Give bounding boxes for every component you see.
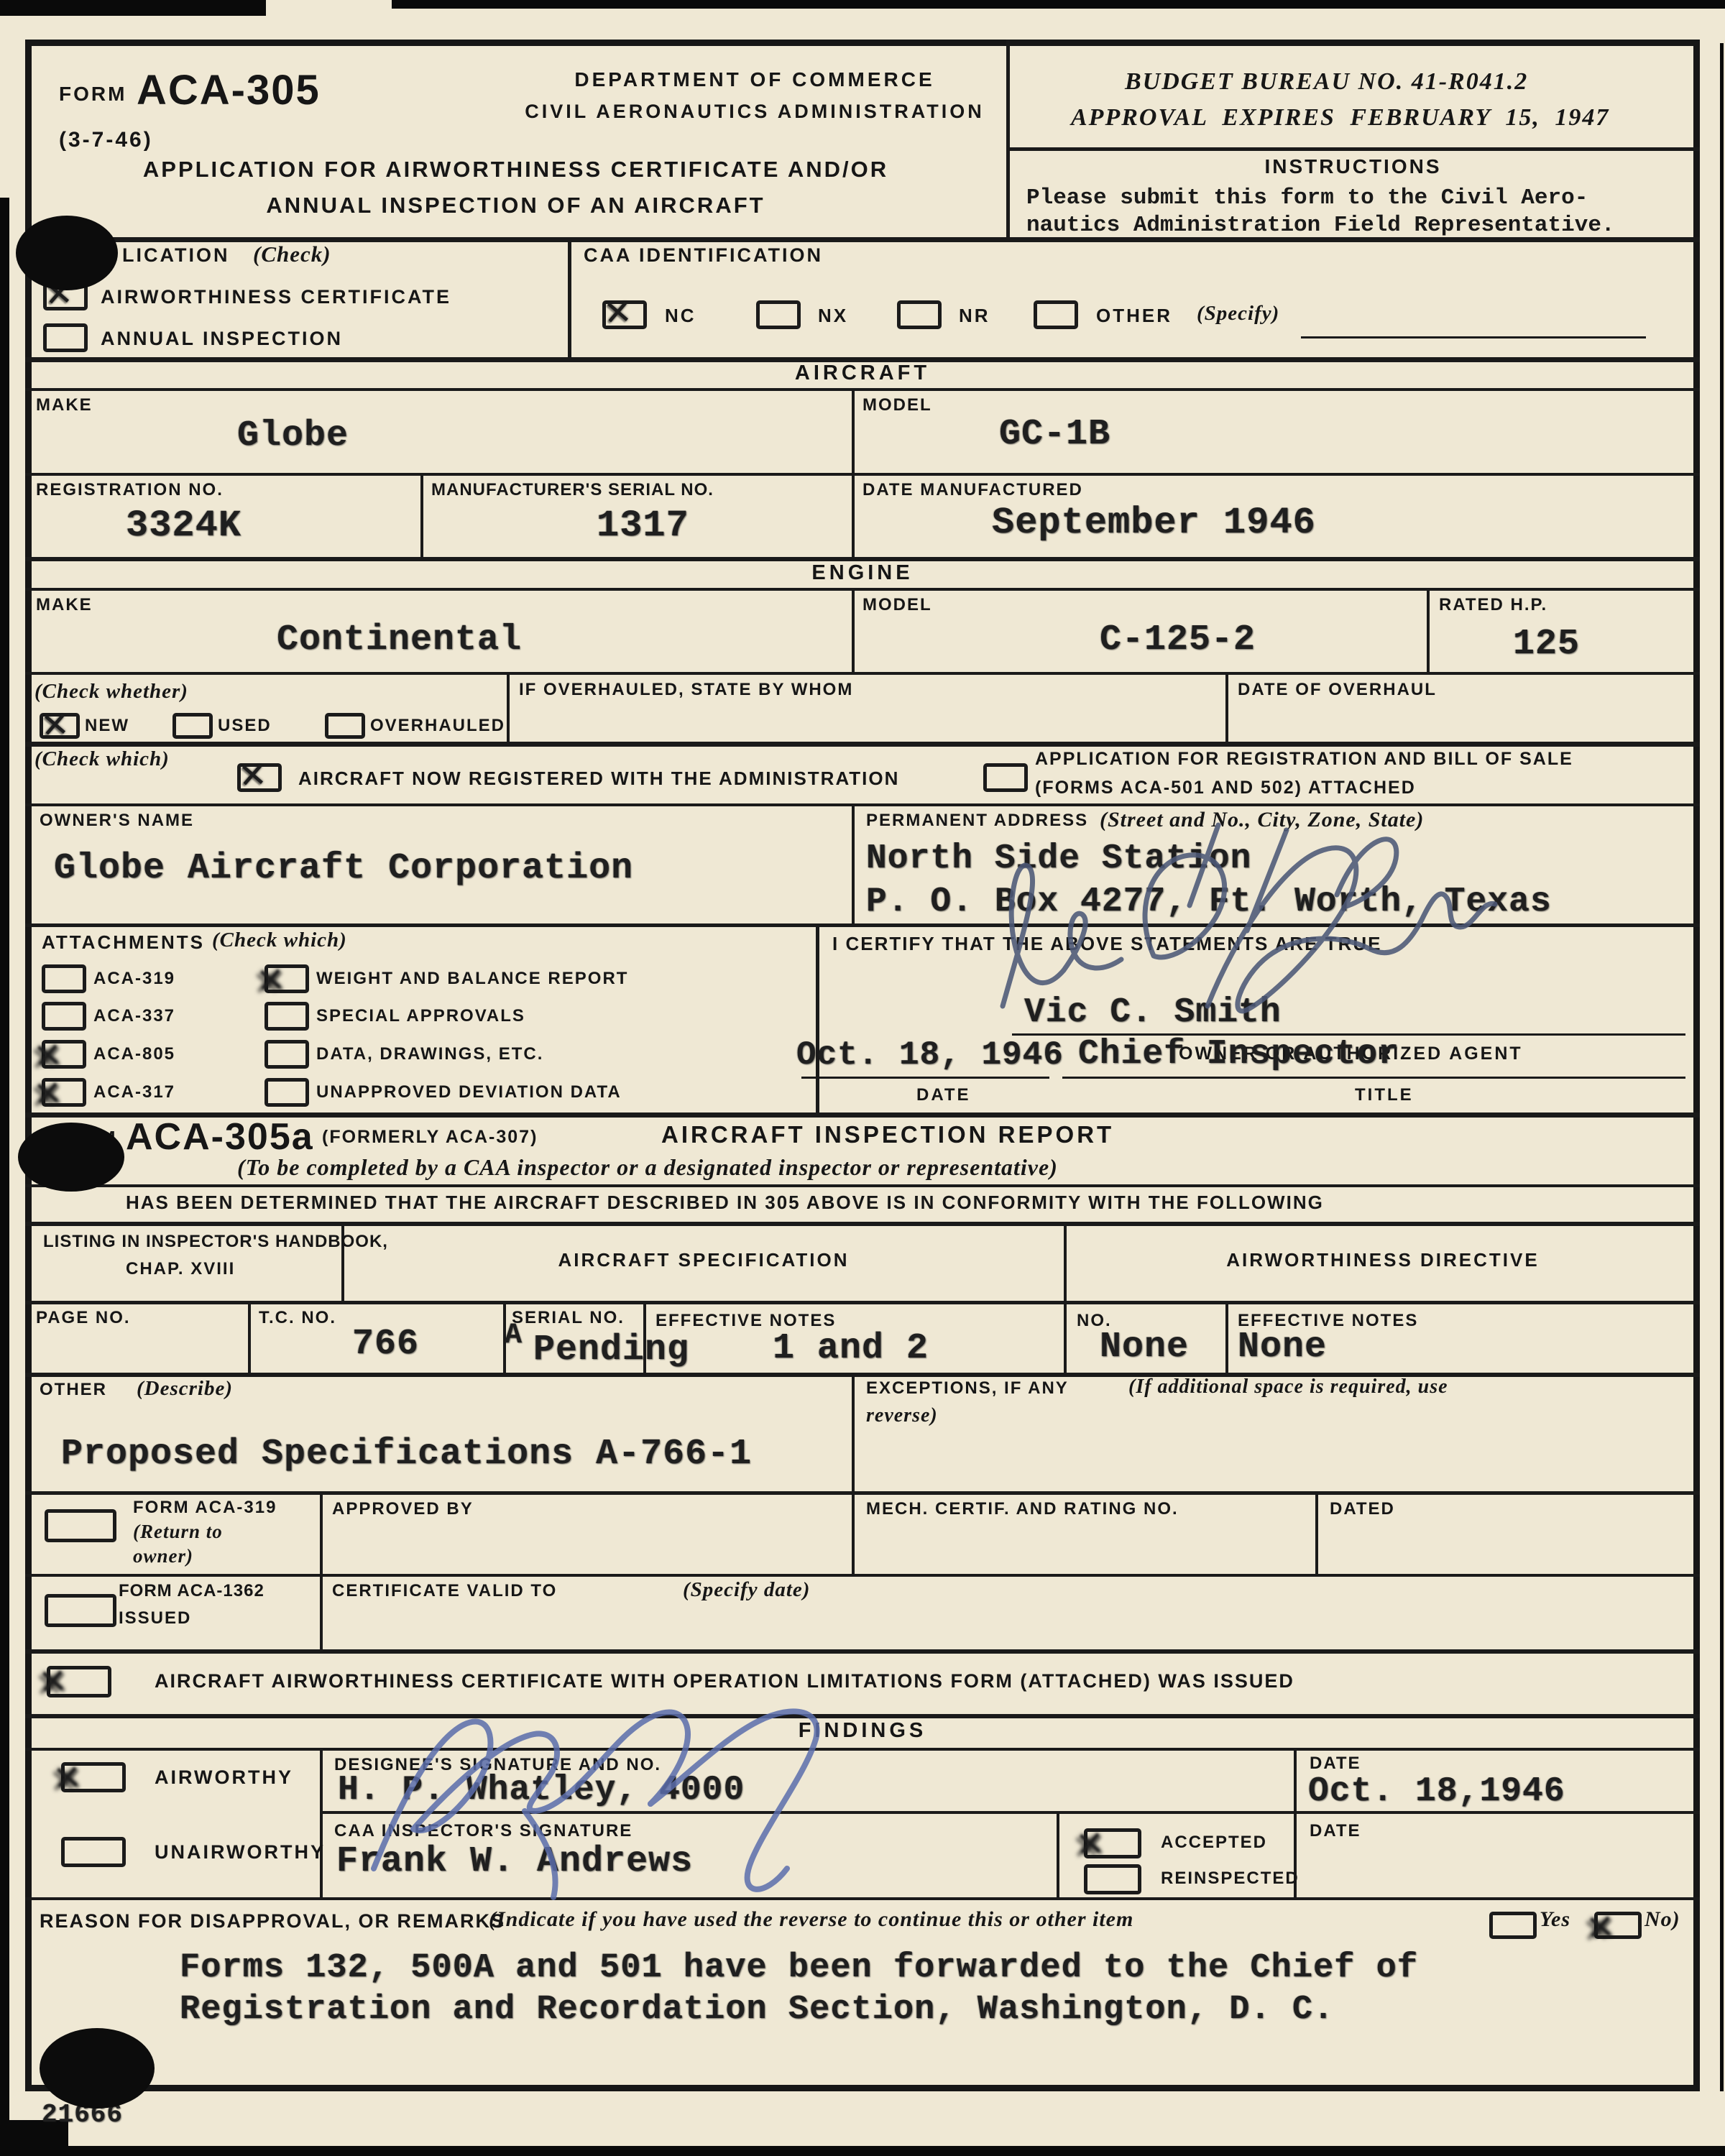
aca-319-row-line1: FORM ACA-319: [133, 1498, 277, 1518]
report-title: AIRCRAFT INSPECTION REPORT: [661, 1121, 1114, 1148]
checkbox-aca-805[interactable]: [42, 1040, 86, 1069]
aca-319-label: ACA-319: [93, 969, 175, 989]
rated-hp-label: RATED H.P.: [1439, 595, 1547, 615]
certificate-valid-label: CERTIFICATE VALID TO: [332, 1581, 557, 1601]
budget-bureau-line2: APPROVAL EXPIRES FEBRUARY 15, 1947: [1071, 104, 1609, 132]
special-approvals-label: SPECIAL APPROVALS: [316, 1006, 525, 1026]
reason-no-label: No): [1644, 1907, 1680, 1932]
date-manufactured-label: DATE MANUFACTURED: [862, 480, 1083, 500]
exceptions-detail: (If additional space is required, use: [1128, 1376, 1448, 1399]
findings-date-label: DATE: [1310, 1754, 1361, 1774]
effective-notes-value[interactable]: 1 and 2: [773, 1328, 929, 1369]
checkbox-aca-337[interactable]: [42, 1002, 86, 1031]
exceptions-label: EXCEPTIONS, IF ANY: [866, 1378, 1069, 1399]
checkbox-accepted[interactable]: [1084, 1828, 1141, 1858]
mfr-serial-value[interactable]: 1317: [597, 505, 689, 547]
scan-edge-left: [0, 198, 9, 2149]
form-label: FORM: [59, 83, 126, 106]
checkbox-engine-used[interactable]: [172, 713, 213, 739]
budget-bureau-line1: BUDGET BUREAU NO. 41-R041.2: [1125, 68, 1528, 96]
other-describe-label: OTHER: [40, 1380, 107, 1400]
application-label-check: (Check): [253, 241, 331, 267]
checkbox-unairworthy[interactable]: [61, 1837, 126, 1867]
determination-text: HAS BEEN DETERMINED THAT THE AIRCRAFT DE…: [126, 1192, 1324, 1214]
aircraft-section-title: AIRCRAFT: [25, 361, 1700, 385]
serial-value[interactable]: Pending: [533, 1330, 689, 1370]
aca-805-label: ACA-805: [93, 1044, 175, 1064]
reason-detail: (Indicate if you have used the reverse t…: [489, 1907, 1133, 1932]
checkbox-nx[interactable]: [756, 300, 801, 329]
aca-319-row-line2: (Return to: [133, 1521, 223, 1543]
listing-label-line2: CHAP. XVIII: [126, 1259, 235, 1279]
nr-label: NR: [959, 305, 990, 327]
checkbox-form-aca-1362[interactable]: [45, 1594, 116, 1627]
tc-no-value[interactable]: 766: [352, 1324, 419, 1365]
report-subtitle: (To be completed by a CAA inspector or a…: [237, 1154, 1058, 1181]
aca-319-row-line3: owner): [133, 1545, 193, 1567]
directive-header: AIRWORTHINESS DIRECTIVE: [1067, 1249, 1699, 1271]
punch-hole-bottom: [40, 2028, 155, 2109]
checkbox-other[interactable]: [1034, 300, 1078, 329]
checkbox-engine-new[interactable]: [40, 713, 80, 739]
airworthiness-certificate-label: AIRWORTHINESS CERTIFICATE: [101, 286, 451, 308]
other-specify-line[interactable]: [1301, 336, 1646, 338]
signature-h-p-whatley: [309, 1674, 884, 1912]
aca-337-label: ACA-337: [93, 1006, 175, 1026]
directive-notes-value[interactable]: None: [1238, 1327, 1327, 1368]
aca-1362-line1: FORM ACA-1362: [119, 1581, 264, 1601]
signature-vic-c-smith: [827, 791, 1545, 1064]
form-title-line1: APPLICATION FOR AIRWORTHINESS CERTIFICAT…: [25, 157, 1006, 183]
certificate-valid-detail: (Specify date): [683, 1578, 810, 1602]
checkbox-engine-overhauled[interactable]: [325, 713, 365, 739]
engine-new-label: NEW: [85, 716, 129, 736]
unairworthy-label: UNAIRWORTHY: [155, 1841, 326, 1864]
check-whether-label: (Check whether): [34, 680, 188, 704]
engine-model-value[interactable]: C-125-2: [1100, 619, 1256, 660]
instructions-line2: nautics Administration Field Representat…: [1026, 213, 1615, 238]
directive-no-value[interactable]: None: [1100, 1327, 1189, 1368]
attachments-label: ATTACHMENTS: [42, 931, 205, 954]
checkbox-reason-no[interactable]: [1594, 1912, 1642, 1939]
tc-no-label: T.C. NO.: [259, 1308, 336, 1328]
other-value[interactable]: Proposed Specifications A-766-1: [61, 1434, 752, 1475]
weight-balance-label: WEIGHT AND BALANCE REPORT: [316, 969, 628, 989]
punch-hole-top: [16, 216, 118, 290]
punch-hole-middle: [18, 1123, 124, 1192]
scan-edge-right: [1720, 43, 1724, 2091]
remarks-line2[interactable]: Registration and Recordation Section, Wa…: [180, 1991, 1334, 2029]
checkbox-form-aca-319[interactable]: [45, 1509, 116, 1542]
data-drawings-label: DATA, DRAWINGS, ETC.: [316, 1044, 543, 1064]
aca-317-label: ACA-317: [93, 1082, 175, 1102]
aircraft-model-value[interactable]: GC-1B: [999, 414, 1110, 455]
listing-label-line1: LISTING IN INSPECTOR'S HANDBOOK,: [43, 1232, 388, 1252]
scan-edge-top-left: [0, 0, 266, 16]
engine-section-title: ENGINE: [25, 561, 1700, 585]
dated-label: DATED: [1330, 1499, 1395, 1519]
mech-certif-label: MECH. CERTIF. AND RATING NO.: [866, 1499, 1179, 1519]
accepted-label: ACCEPTED: [1161, 1833, 1267, 1853]
agency-line1: DEPARTMENT OF COMMERCE: [503, 68, 1006, 91]
checkbox-application-bill-of-sale[interactable]: [983, 763, 1028, 792]
form-number: ACA-305: [137, 66, 321, 114]
serial-prefix[interactable]: A: [505, 1319, 523, 1352]
rated-hp-value[interactable]: 125: [1513, 624, 1580, 665]
aircraft-make-label: MAKE: [36, 395, 93, 415]
checkbox-annual-inspection[interactable]: [43, 323, 88, 352]
report-formerly: (FORMERLY ACA-307): [322, 1127, 538, 1148]
checkbox-certificate-issued[interactable]: [47, 1666, 111, 1697]
checkbox-weight-balance[interactable]: [264, 964, 309, 993]
checkbox-special-approvals[interactable]: [264, 1002, 309, 1031]
unapproved-deviation-label: UNAPPROVED DEVIATION DATA: [316, 1082, 622, 1102]
findings-date2-label: DATE: [1310, 1821, 1361, 1841]
reason-label: REASON FOR DISAPPROVAL, OR REMARKS: [40, 1910, 505, 1932]
checkbox-aca-317[interactable]: [42, 1078, 86, 1107]
exceptions-detail2: reverse): [866, 1404, 938, 1427]
aircraft-make-value[interactable]: Globe: [237, 415, 349, 456]
reason-yes-label: Yes: [1540, 1907, 1570, 1932]
check-which-label: (Check which): [34, 747, 170, 771]
certify-title-label: TITLE: [1355, 1085, 1414, 1105]
spec-header: AIRCRAFT SPECIFICATION: [344, 1249, 1063, 1271]
overhaul-date-label: DATE OF OVERHAUL: [1238, 680, 1437, 700]
findings-date-value[interactable]: Oct. 18,1946: [1308, 1772, 1565, 1811]
aircraft-model-label: MODEL: [862, 395, 932, 415]
application-label: LICATION: [122, 244, 229, 267]
serial-no-label: SERIAL NO.: [512, 1308, 625, 1328]
checkbox-registered[interactable]: [237, 763, 282, 792]
engine-overhauled-label: OVERHAULED: [370, 716, 505, 736]
page-no-label: PAGE NO.: [36, 1308, 131, 1328]
other-describe-detail: (Describe): [137, 1377, 233, 1401]
scan-edge-top-right: [392, 0, 1725, 9]
form-title-line2: ANNUAL INSPECTION OF AN AIRCRAFT: [25, 193, 1006, 218]
agency-line2: CIVIL AERONAUTICS ADMINISTRATION: [503, 101, 1006, 123]
checkbox-aca-319[interactable]: [42, 964, 86, 993]
remarks-line1[interactable]: Forms 132, 500A and 501 have been forwar…: [180, 1949, 1418, 1987]
engine-make-label: MAKE: [36, 595, 93, 615]
reinspected-label: REINSPECTED: [1161, 1869, 1299, 1889]
application-bill-line1: APPLICATION FOR REGISTRATION AND BILL OF…: [1035, 749, 1573, 770]
other-specify-label: (Specify): [1197, 302, 1279, 326]
approved-by-label: APPROVED BY: [332, 1499, 474, 1519]
aca-1362-line2: ISSUED: [119, 1608, 191, 1628]
instructions-line1: Please submit this form to the Civil Aer…: [1026, 185, 1588, 211]
registration-label: REGISTRATION NO.: [36, 480, 224, 500]
checkbox-unapproved-deviation[interactable]: [264, 1078, 309, 1107]
mfr-serial-label: MANUFACTURER'S SERIAL NO.: [431, 480, 714, 500]
checkbox-reason-yes[interactable]: [1489, 1912, 1537, 1939]
registered-label: AIRCRAFT NOW REGISTERED WITH THE ADMINIS…: [298, 768, 899, 790]
annual-inspection-label: ANNUAL INSPECTION: [101, 328, 343, 350]
checkbox-data-drawings[interactable]: [264, 1040, 309, 1069]
scan-edge-bottom: [0, 2146, 1725, 2156]
engine-make-value[interactable]: Continental: [277, 619, 522, 660]
scanned-form-aca-305: FORM ACA-305 (3-7-46) DEPARTMENT OF COMM…: [0, 0, 1725, 2156]
form-revision: (3-7-46): [59, 128, 153, 152]
nx-label: NX: [818, 305, 848, 327]
checkbox-nr[interactable]: [897, 300, 942, 329]
engine-used-label: USED: [218, 716, 272, 736]
owner-name-value[interactable]: Globe Aircraft Corporation: [54, 848, 633, 889]
attachments-detail: (Check which): [212, 929, 347, 952]
certify-title-line[interactable]: [1062, 1077, 1685, 1079]
date-manufactured-value[interactable]: September 1946: [992, 502, 1316, 544]
certify-date-label: DATE: [916, 1085, 971, 1105]
caa-identification-label: CAA IDENTIFICATION: [584, 244, 823, 267]
report-form-number: ACA-305a: [126, 1115, 314, 1158]
overhauled-by-label: IF OVERHAULED, STATE BY WHOM: [519, 680, 853, 700]
certify-date-line[interactable]: [801, 1077, 1049, 1079]
instructions-title: INSTRUCTIONS: [1006, 155, 1700, 178]
checkbox-nc[interactable]: [602, 300, 647, 329]
checkbox-reinspected[interactable]: [1084, 1864, 1141, 1894]
checkbox-airworthy[interactable]: [61, 1762, 126, 1792]
owner-name-label: OWNER'S NAME: [40, 811, 194, 831]
other-label: OTHER: [1096, 305, 1172, 327]
airworthy-label: AIRWORTHY: [155, 1766, 293, 1789]
registration-value[interactable]: 3324K: [126, 505, 241, 547]
nc-label: NC: [665, 305, 696, 327]
engine-model-label: MODEL: [862, 595, 932, 615]
